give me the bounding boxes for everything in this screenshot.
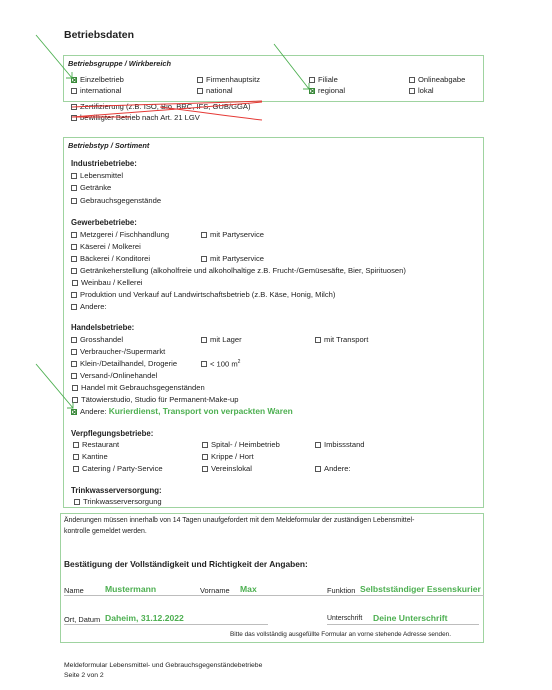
option-label: Einzelbetrieb [80,75,124,84]
option-baeckerei-partyservice[interactable]: mit Partyservice [201,254,264,263]
vorname-label: Vorname [200,586,230,595]
industrie-title: Industriebetriebe: [71,159,137,168]
checkbox-icon[interactable] [201,337,207,343]
option-verpflegung-andere[interactable]: Andere: [315,464,351,473]
option-label: Verbraucher-/Supermarkt [80,347,165,356]
checkbox-icon[interactable] [71,256,77,262]
option-imbissstand[interactable]: Imbissstand [315,440,365,449]
name-label: Name [64,586,84,595]
option-catering[interactable]: Catering / Party-Service [73,464,163,473]
handel-andere-value[interactable]: Kurierdienst, Transport von verpackten W… [109,406,293,416]
vorname-field[interactable]: Max [240,584,257,594]
option-metzgerei[interactable]: Metzgerei / Fischhandlung [71,230,169,239]
checkbox-icon[interactable] [71,198,77,204]
verpflegung-title: Verpflegungsbetriebe: [71,429,153,438]
checkbox-icon[interactable] [409,88,415,94]
checkbox-icon[interactable] [73,442,79,448]
option-mit-lager[interactable]: mit Lager [201,335,242,344]
superscript: 2 [238,359,241,365]
option-label: regional [318,86,345,95]
gewerbe-title: Gewerbebetriebe: [71,218,137,227]
option-weinbau[interactable]: Weinbau / Kellerei [72,278,143,287]
checkbox-icon[interactable] [71,268,77,274]
option-bewilligter-betrieb[interactable]: bewilligter Betrieb nach Art. 21 LGV [71,113,200,122]
option-label: Kantine [82,452,108,461]
option-getraenkeherstellung[interactable]: Getränkeherstellung (alkoholfreie und al… [71,266,406,275]
option-zertifizierung[interactable]: Zertifizierung (z.B. ISO, Bio, BRC, IFS,… [71,102,250,111]
option-label: Grosshandel [80,335,123,344]
option-gebrauchsgegenstaende-handel[interactable]: Handel mit Gebrauchsgegenständen [72,383,205,392]
option-filiale[interactable]: Filiale [309,75,338,84]
option-label: Imbissstand [324,440,365,449]
option-label: lokal [418,86,434,95]
option-label: Getränkeherstellung (alkoholfreie und al… [80,266,406,275]
option-label: Produktion und Verkauf auf Landwirtschaf… [80,290,335,299]
option-label: Krippe / Hort [211,452,254,461]
send-note: Bitte das vollständig ausgefüllte Formul… [230,631,451,638]
checkbox-icon[interactable] [71,337,77,343]
option-label: national [206,86,233,95]
checkbox-icon[interactable] [71,304,77,310]
checkbox-icon[interactable] [71,88,77,94]
option-label: Filiale [318,75,338,84]
checkbox-icon[interactable] [309,77,315,83]
option-restaurant[interactable]: Restaurant [73,440,119,449]
option-label: Gebrauchsgegenstände [80,196,161,205]
name-field[interactable]: Mustermann [105,584,156,594]
notice-line-2: kontrolle gemeldet werden. [64,528,147,535]
option-kantine[interactable]: Kantine [73,452,108,461]
betriebstyp-heading: Betriebstyp / Sortiment [68,141,149,150]
option-label: Weinbau / Kellerei [81,278,143,287]
option-detailhandel[interactable]: Klein-/Detailhandel, Drogerie [71,359,177,368]
option-regional[interactable]: regional [309,86,345,95]
option-kleiner-100m2[interactable]: < 100 m2 [201,359,240,369]
checkbox-icon[interactable] [71,232,77,238]
checkbox-icon[interactable] [202,454,208,460]
checkbox-icon[interactable] [202,466,208,472]
option-label: bewilligter Betrieb nach Art. 21 LGV [80,113,200,122]
checkbox-icon[interactable] [73,466,79,472]
option-label: Metzgerei / Fischhandlung [80,230,169,239]
option-vereinslokal[interactable]: Vereinslokal [202,464,252,473]
option-label: mit Partyservice [210,254,264,263]
option-label: Getränke [80,183,111,192]
handel-title: Handelsbetriebe: [71,323,134,332]
option-national[interactable]: national [197,86,233,95]
option-international[interactable]: international [71,86,121,95]
option-onlinehandel[interactable]: Versand-/Onlinehandel [71,371,157,380]
checkbox-icon[interactable] [71,361,77,367]
option-label: Catering / Party-Service [82,464,163,473]
unterschrift-underline [327,624,479,625]
footer-line-2: Seite 2 von 2 [64,672,104,679]
checkbox-icon[interactable] [202,442,208,448]
checkbox-icon[interactable] [315,337,321,343]
option-metzgerei-partyservice[interactable]: mit Partyservice [201,230,264,239]
unterschrift-label: Unterschrift [327,615,362,622]
option-lokal[interactable]: lokal [409,86,434,95]
checkbox-icon[interactable] [71,173,77,179]
checkbox-icon[interactable] [197,88,203,94]
option-label: Lebensmittel [80,171,123,180]
checkbox-icon[interactable] [71,373,77,379]
confirmation-heading: Bestätigung der Vollständigkeit und Rich… [64,559,308,569]
option-label: Andere: [80,407,107,416]
option-label: Firmenhauptsitz [206,75,260,84]
option-label: Tätowierstudio, Studio für Permanent-Mak… [81,395,238,404]
funktion-field[interactable]: Selbstständiger Essenskurier [360,584,481,594]
page-title: Betriebsdaten [64,29,134,41]
checkbox-icon[interactable] [71,349,77,355]
checkbox-icon[interactable] [71,244,77,250]
option-label: mit Transport [324,335,368,344]
option-label: Restaurant [82,440,119,449]
option-handel-andere[interactable]: Andere: Kurierdienst, Transport von verp… [71,406,293,416]
funktion-label: Funktion [327,586,355,595]
checkbox-icon[interactable] [409,77,415,83]
option-baeckerei[interactable]: Bäckerei / Konditorei [71,254,150,263]
option-onlineabgabe[interactable]: Onlineabgabe [409,75,465,84]
checkbox-icon[interactable] [201,361,207,367]
option-label: Trinkwasserversorgung [83,497,162,506]
signature-underline [64,595,484,596]
checkbox-icon[interactable] [72,280,78,286]
checkbox-checked-icon[interactable] [71,409,77,415]
notice-line-1: Änderungen müssen innerhalb von 14 Tagen… [64,517,414,524]
option-trinkwasserversorgung[interactable]: Trinkwasserversorgung [74,497,162,506]
checkbox-icon[interactable] [315,466,321,472]
option-gewerbe-andere[interactable]: Andere: [71,302,107,311]
checkbox-icon[interactable] [197,77,203,83]
footer-line-1: Meldeformular Lebensmittel- und Gebrauch… [64,662,262,669]
option-label: < 100 m [210,360,238,369]
option-label: Bäckerei / Konditorei [80,254,150,263]
option-label: Andere: [80,302,107,311]
option-krippe[interactable]: Krippe / Hort [202,452,254,461]
checkbox-icon[interactable] [201,232,207,238]
option-label: Zertifizierung (z.B. ISO, Bio, BRC, IFS,… [80,102,250,111]
option-taetowierstudio[interactable]: Tätowierstudio, Studio für Permanent-Mak… [72,395,238,404]
option-label: mit Partyservice [210,230,264,239]
option-label: Handel mit Gebrauchsgegenständen [81,383,205,392]
option-spital[interactable]: Spital- / Heimbetrieb [202,440,280,449]
option-label: Käserei / Molkerei [80,242,141,251]
option-label: Vereinslokal [211,464,252,473]
checkbox-icon[interactable] [71,115,77,121]
option-lebensmittel[interactable]: Lebensmittel [71,171,123,180]
option-kaeserei[interactable]: Käserei / Molkerei [71,242,141,251]
ortdatum-label: Ort, Datum [64,615,100,624]
trinkwasser-title: Trinkwasserversorgung: [71,486,162,495]
option-label: mit Lager [210,335,242,344]
option-label: Andere: [324,464,351,473]
option-supermarkt[interactable]: Verbraucher-/Supermarkt [71,347,165,356]
checkbox-icon[interactable] [73,454,79,460]
checkbox-icon[interactable] [72,397,78,403]
option-label: Versand-/Onlinehandel [80,371,157,380]
checkbox-icon[interactable] [315,442,321,448]
option-einzelbetrieb[interactable]: Einzelbetrieb [71,75,124,84]
checkbox-icon[interactable] [201,256,207,262]
checkbox-checked-icon[interactable] [309,88,315,94]
checkbox-icon[interactable] [71,104,77,110]
unterschrift-field[interactable]: Deine Unterschrift [373,613,448,623]
option-getraenke[interactable]: Getränke [71,183,111,192]
option-label: Onlineabgabe [418,75,465,84]
option-label: international [80,86,121,95]
ortdatum-field[interactable]: Daheim, 31.12.2022 [105,613,184,623]
option-firmenhauptsitz[interactable]: Firmenhauptsitz [197,75,260,84]
option-label: Spital- / Heimbetrieb [211,440,280,449]
ort-underline [64,624,268,625]
checkbox-icon[interactable] [71,185,77,191]
option-landwirtschaft[interactable]: Produktion und Verkauf auf Landwirtschaf… [71,290,335,299]
option-grosshandel[interactable]: Grosshandel [71,335,123,344]
betriebsgruppe-heading: Betriebsgruppe / Wirkbereich [68,59,171,68]
checkbox-icon[interactable] [74,499,80,505]
option-mit-transport[interactable]: mit Transport [315,335,368,344]
option-label: Klein-/Detailhandel, Drogerie [80,359,177,368]
option-gebrauchsgegenstaende[interactable]: Gebrauchsgegenstände [71,196,161,205]
checkbox-icon[interactable] [72,385,78,391]
checkbox-checked-icon[interactable] [71,77,77,83]
checkbox-icon[interactable] [71,292,77,298]
